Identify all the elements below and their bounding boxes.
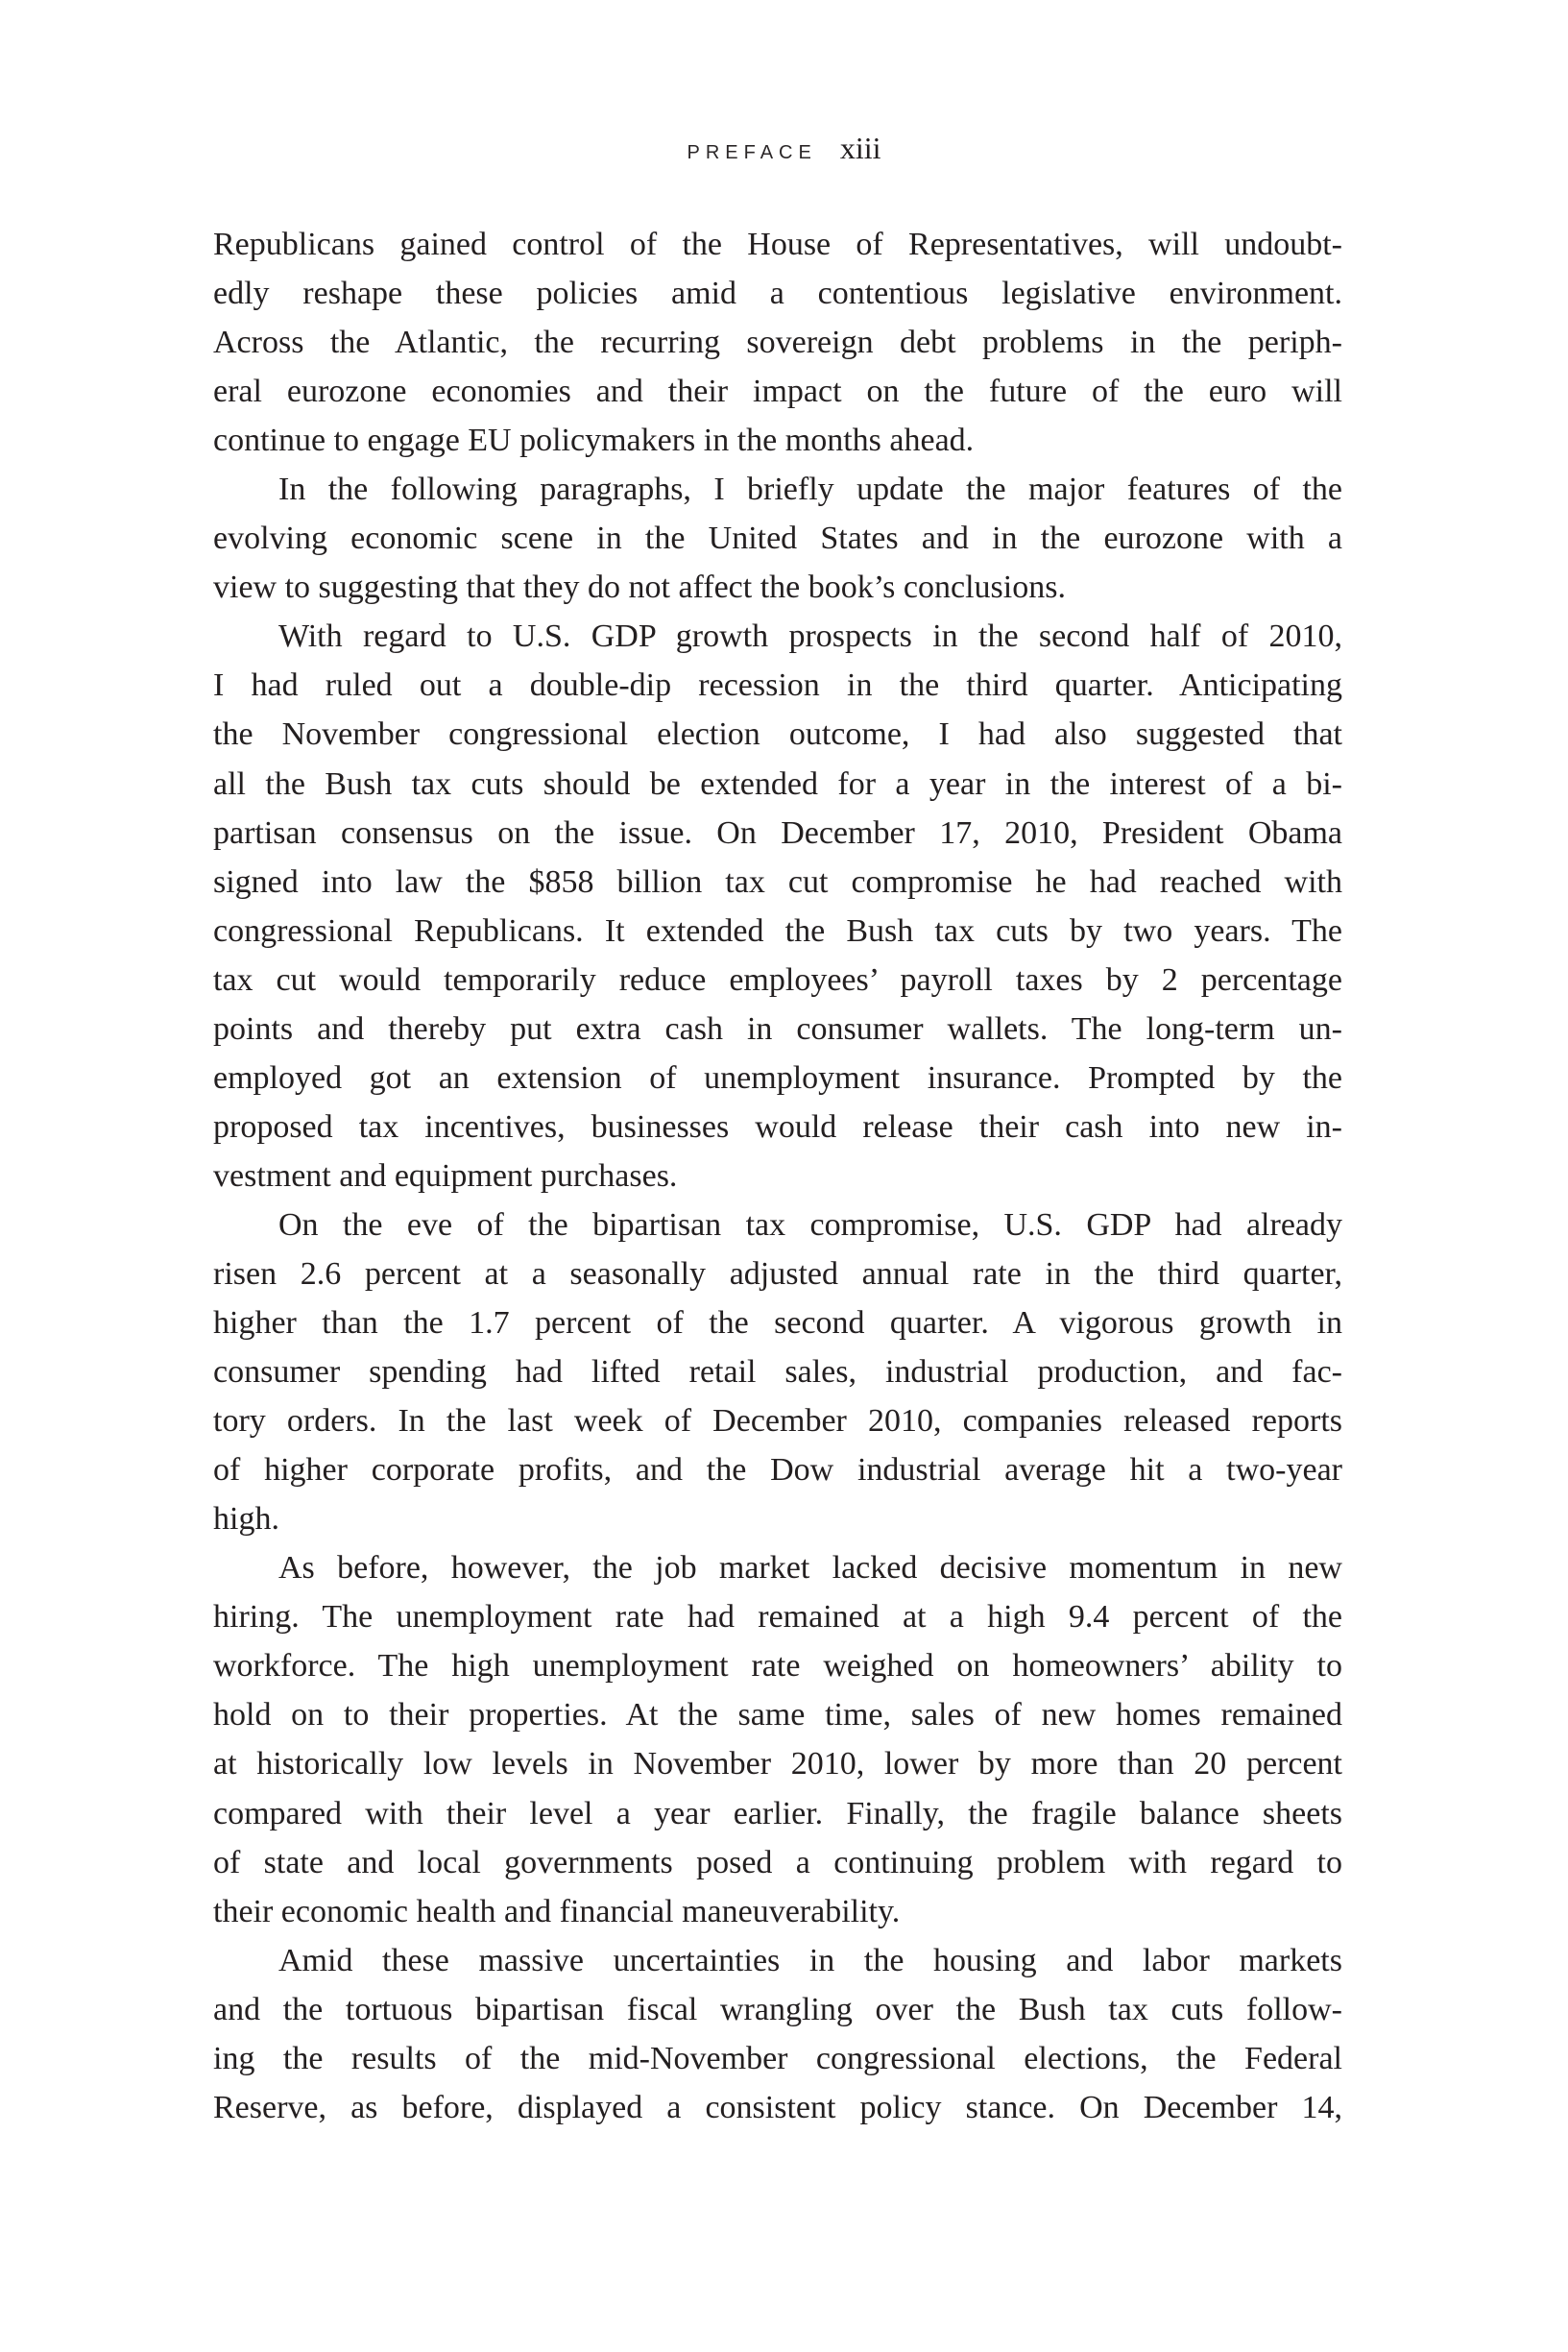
text-line: Republicans gained control of the House … xyxy=(213,220,1342,269)
text-line: eral eurozone economies and their impact… xyxy=(213,367,1342,416)
running-head: PREFACE xiii xyxy=(0,131,1568,159)
text-line: continue to engage EU policymakers in th… xyxy=(213,416,1342,465)
text-line: higher than the 1.7 percent of the secon… xyxy=(213,1298,1342,1347)
body-text: Republicans gained control of the House … xyxy=(213,220,1342,2132)
text-line: hold on to their properties. At the same… xyxy=(213,1690,1342,1739)
text-line: As before, however, the job market lacke… xyxy=(213,1543,1342,1592)
text-line: I had ruled out a double-dip recession i… xyxy=(213,661,1342,710)
text-line: On the eve of the bipartisan tax comprom… xyxy=(213,1200,1342,1249)
text-line: Across the Atlantic, the recurring sover… xyxy=(213,318,1342,367)
text-line: Reserve, as before, displayed a consiste… xyxy=(213,2083,1342,2132)
text-line: employed got an extension of unemploymen… xyxy=(213,1054,1342,1103)
text-line: and the tortuous bipartisan fiscal wrang… xyxy=(213,1985,1342,2034)
text-line: view to suggesting that they do not affe… xyxy=(213,563,1342,612)
text-line: workforce. The high unemployment rate we… xyxy=(213,1641,1342,1690)
page-number: xiii xyxy=(840,131,881,165)
text-line: edly reshape these policies amid a conte… xyxy=(213,269,1342,318)
text-line: signed into law the $858 billion tax cut… xyxy=(213,858,1342,907)
text-line: their economic health and financial mane… xyxy=(213,1887,1342,1936)
text-line: points and thereby put extra cash in con… xyxy=(213,1005,1342,1054)
text-line: With regard to U.S. GDP growth prospects… xyxy=(213,612,1342,661)
paragraph: On the eve of the bipartisan tax comprom… xyxy=(213,1200,1342,1543)
text-line: consumer spending had lifted retail sale… xyxy=(213,1347,1342,1396)
text-line: evolving economic scene in the United St… xyxy=(213,514,1342,563)
running-head-section-title: PREFACE xyxy=(687,142,816,163)
text-line: of state and local governments posed a c… xyxy=(213,1838,1342,1887)
paragraph: Amid these massive uncertainties in the … xyxy=(213,1936,1342,2132)
text-line: In the following paragraphs, I briefly u… xyxy=(213,465,1342,514)
text-line: proposed tax incentives, businesses woul… xyxy=(213,1103,1342,1152)
text-line: compared with their level a year earlier… xyxy=(213,1789,1342,1838)
text-line: vestment and equipment purchases. xyxy=(213,1152,1342,1200)
text-line: of higher corporate profits, and the Dow… xyxy=(213,1445,1342,1494)
text-line: tory orders. In the last week of Decembe… xyxy=(213,1396,1342,1445)
text-line: Amid these massive uncertainties in the … xyxy=(213,1936,1342,1985)
paragraph: Republicans gained control of the House … xyxy=(213,220,1342,465)
text-line: risen 2.6 percent at a seasonally adjust… xyxy=(213,1249,1342,1298)
paragraph: As before, however, the job market lacke… xyxy=(213,1543,1342,1935)
text-line: congressional Republicans. It extended t… xyxy=(213,907,1342,956)
text-line: partisan consensus on the issue. On Dece… xyxy=(213,809,1342,858)
paragraph: With regard to U.S. GDP growth prospects… xyxy=(213,612,1342,1200)
paragraph: In the following paragraphs, I briefly u… xyxy=(213,465,1342,612)
text-line: all the Bush tax cuts should be extended… xyxy=(213,760,1342,809)
text-line: the November congressional election outc… xyxy=(213,710,1342,759)
text-line: at historically low levels in November 2… xyxy=(213,1739,1342,1788)
text-line: ing the results of the mid-November cong… xyxy=(213,2034,1342,2083)
text-line: hiring. The unemployment rate had remain… xyxy=(213,1592,1342,1641)
text-line: tax cut would temporarily reduce employe… xyxy=(213,956,1342,1005)
text-line: high. xyxy=(213,1494,1342,1543)
